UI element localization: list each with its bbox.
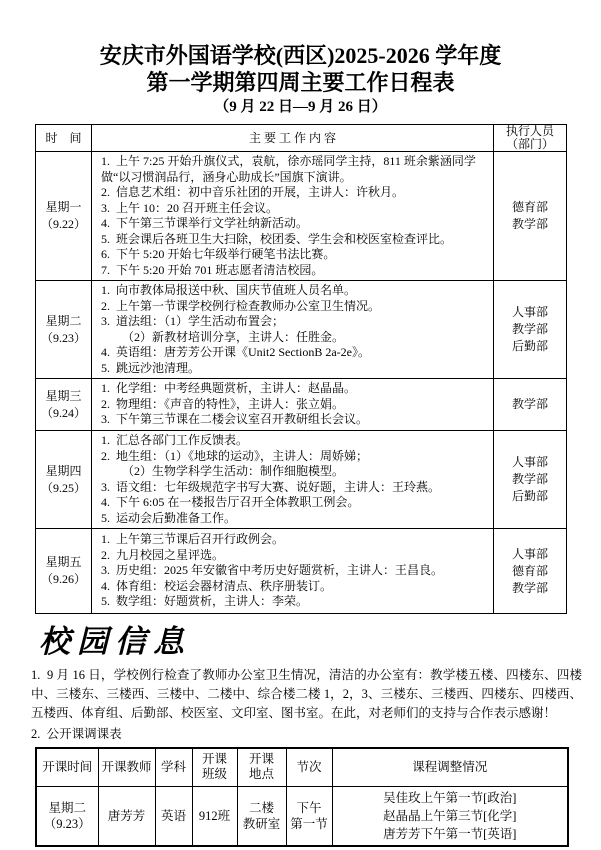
column-header-executor: 执行人员 （部门）: [494, 125, 567, 152]
schedule-row-wednesday: 星期三 （9.24） 1. 化学组：中考经典题赏析，主讲人：赵晶晶。 2. 物理…: [36, 379, 567, 431]
work-item: 4. 体育组：校运会器材清点、秩序册装订。: [101, 579, 488, 595]
work-item: 3. 上午 10：20 召开班主任会议。: [101, 201, 488, 217]
work-item: 1. 向市教体局报送中秋、国庆节值班人员名单。: [101, 283, 488, 299]
content-cell: 1. 向市教体局报送中秋、国庆节值班人员名单。 2. 上午第一节课学校例行检查教…: [92, 281, 494, 379]
location-cell: 二楼 教研室: [237, 786, 286, 846]
day-cell: 星期四 （9.25）: [36, 431, 92, 529]
work-sub-item: （2）生物学科学生活动：制作细胞模型。: [101, 464, 488, 480]
content-cell: 1. 汇总各部门工作反馈表。 2. 地生组：（1）《地球的运动》，主讲人：周娇娣…: [92, 431, 494, 529]
campus-info-heading: 校园信息: [39, 624, 601, 660]
column-header-location: 开课 地点: [237, 748, 286, 786]
column-header-subject: 学科: [155, 748, 192, 786]
date-label: （9.22）: [36, 216, 91, 233]
work-item: 4. 下午第三节课举行文学社纳新活动。: [101, 216, 488, 232]
work-item: 5. 跳远沙池清理。: [101, 361, 488, 377]
document-title: 安庆市外国语学校(西区)2025-2026 学年度 第一学期第四周主要工作日程表…: [0, 0, 601, 118]
schedule-row-monday: 星期一 （9.22） 1. 上午 7:25 开始升旗仪式，袁航，徐亦瑶同学主持，…: [36, 152, 567, 281]
executor-label: 教学部: [494, 471, 566, 488]
executor-cell: 人事部 教学部 后勤部: [494, 431, 567, 529]
work-item: 5. 数学组：好题赏析，主讲人：李荣。: [101, 594, 488, 610]
work-item: 1. 上午 7:25 开始升旗仪式，袁航，徐亦瑶同学主持，811 班余紫涵同学做…: [101, 154, 488, 185]
executor-label: 后勤部: [494, 488, 566, 505]
content-cell: 1. 上午 7:25 开始升旗仪式，袁航，徐亦瑶同学主持，811 班余紫涵同学做…: [92, 152, 494, 281]
column-header-class-time: 开课时间: [36, 748, 98, 786]
executor-label: 人事部: [494, 304, 566, 321]
day-cell: 星期五 （9.26）: [36, 529, 92, 614]
adjustment-table: 开课时间 开课教师 学科 开课 班级 开课 地点 节次 课程调整情况 星期二 （…: [35, 747, 569, 847]
schedule-row-friday: 星期五 （9.26） 1. 上午第三节课后召开行政例会。 2. 九月校园之星评选…: [36, 529, 567, 614]
work-item: 6. 下午 5:20 开始七年级举行硬笔书法比赛。: [101, 247, 488, 263]
day-cell: 星期二 （9.23）: [36, 281, 92, 379]
content-cell: 1. 化学组：中考经典题赏析，主讲人：赵晶晶。 2. 物理组：《声音的特性》，主…: [92, 379, 494, 431]
executor-label: 教学部: [494, 580, 566, 597]
column-header-time: 时 间: [36, 125, 92, 152]
day-cell: 星期一 （9.22）: [36, 152, 92, 281]
adjustment-detail-cell: 吴佳玫上午第一节[政治] 赵晶晶上午第三节[化学] 唐芳芳下午第一节[英语]: [332, 786, 568, 846]
schedule-row-tuesday: 星期二 （9.23） 1. 向市教体局报送中秋、国庆节值班人员名单。 2. 上午…: [36, 281, 567, 379]
work-item: 5. 运动会后勤准备工作。: [101, 511, 488, 527]
work-item: 2. 上午第一节课学校例行检查教师办公室卫生情况。: [101, 299, 488, 315]
work-item: 3. 历史组：2025 年安徽省中考历史好题赏析，主讲人：王昌良。: [101, 563, 488, 579]
work-item: 3. 道法组：（1）学生活动布置会；: [101, 314, 488, 330]
executor-cell: 德育部 教学部: [494, 152, 567, 281]
adjustment-table-label: 2. 公开课调课表: [31, 725, 601, 744]
date-label: （9.25）: [36, 480, 91, 497]
teacher-cell: 唐芳芳: [98, 786, 155, 846]
work-item: 3. 语文组：七年级规范字书写大赛、说好题，主讲人：王玲燕。: [101, 480, 488, 496]
title-line-1: 安庆市外国语学校(西区)2025-2026 学年度: [0, 42, 601, 69]
class-cell: 912班: [192, 786, 237, 846]
schedule-row-thursday: 星期四 （9.25） 1. 汇总各部门工作反馈表。 2. 地生组：（1）《地球的…: [36, 431, 567, 529]
date-label: （9.23）: [36, 330, 91, 347]
executor-cell: 人事部 教学部 后勤部: [494, 281, 567, 379]
executor-label: 人事部: [494, 546, 566, 563]
document-page: 安庆市外国语学校(西区)2025-2026 学年度 第一学期第四周主要工作日程表…: [0, 0, 601, 850]
work-item: 4. 下午 6:05 在一楼报告厅召开全体教职工例会。: [101, 495, 488, 511]
work-sub-item: （2）新教材培训分享，主讲人：任胜金。: [101, 330, 488, 346]
column-header-class: 开课 班级: [192, 748, 237, 786]
work-item: 2. 物理组：《声音的特性》，主讲人：张立娟。: [101, 397, 488, 413]
date-label: （9.24）: [36, 405, 91, 422]
work-item: 7. 下午 5:20 开始 701 班志愿者清洁校园。: [101, 263, 488, 279]
day-cell: 星期三 （9.24）: [36, 379, 92, 431]
executor-label: 德育部: [494, 563, 566, 580]
column-header-adjustment: 课程调整情况: [332, 748, 568, 786]
work-item: 3. 下午第三节课在二楼会议室召开教研组长会议。: [101, 412, 488, 428]
executor-label: 教学部: [494, 216, 566, 233]
work-item: 2. 信息艺术组：初中音乐社团的开展，主讲人：许秋月。: [101, 185, 488, 201]
campus-info-paragraph: 1. 9 月 16 日，学校例行检查了教师办公室卫生情况，清洁的办公室有：教学楼…: [31, 666, 582, 723]
adjustment-row: 星期二 （9.23） 唐芳芳 英语 912班 二楼 教研室 下午 第一节 吴佳玫…: [36, 786, 568, 846]
content-cell: 1. 上午第三节课后召开行政例会。 2. 九月校园之星评选。 3. 历史组：20…: [92, 529, 494, 614]
work-item: 2. 地生组：（1）《地球的运动》，主讲人：周娇娣；: [101, 449, 488, 465]
column-header-teacher: 开课教师: [98, 748, 155, 786]
column-header-content: 主 要 工 作 内 容: [92, 125, 494, 152]
date-label: （9.26）: [36, 571, 91, 588]
executor-cell: 教学部: [494, 379, 567, 431]
adjustment-line: 吴佳玫上午第一节[政治]: [334, 789, 567, 807]
day-label: 星期二: [36, 313, 91, 330]
schedule-header-row: 时 间 主 要 工 作 内 容 执行人员 （部门）: [36, 125, 567, 152]
day-label: 星期三: [36, 388, 91, 405]
executor-cell: 人事部 德育部 教学部: [494, 529, 567, 614]
executor-label: 教学部: [494, 396, 566, 413]
schedule-table: 时 间 主 要 工 作 内 容 执行人员 （部门） 星期一 （9.22） 1. …: [35, 124, 567, 614]
executor-label: 人事部: [494, 454, 566, 471]
executor-label: 德育部: [494, 199, 566, 216]
work-item: 1. 上午第三节课后召开行政例会。: [101, 532, 488, 548]
title-line-2: 第一学期第四周主要工作日程表: [0, 69, 601, 96]
adjustment-line: 唐芳芳下午第一节[英语]: [334, 825, 567, 843]
day-label: 星期五: [36, 554, 91, 571]
executor-label: 后勤部: [494, 338, 566, 355]
adjustment-header-row: 开课时间 开课教师 学科 开课 班级 开课 地点 节次 课程调整情况: [36, 748, 568, 786]
period-cell: 下午 第一节: [286, 786, 332, 846]
executor-label: 教学部: [494, 321, 566, 338]
work-item: 1. 化学组：中考经典题赏析，主讲人：赵晶晶。: [101, 381, 488, 397]
column-header-period: 节次: [286, 748, 332, 786]
adjustment-line: 赵晶晶上午第三节[化学]: [334, 807, 567, 825]
work-item: 4. 英语组：唐芳芳公开课《Unit2 SectionB 2a-2e》。: [101, 345, 488, 361]
title-date-range: （9 月 22 日—9 月 26 日）: [0, 97, 601, 118]
subject-cell: 英语: [155, 786, 192, 846]
work-item: 1. 汇总各部门工作反馈表。: [101, 433, 488, 449]
work-item: 5. 班会课后各班卫生大扫除，校团委、学生会和校医室检查评比。: [101, 232, 488, 248]
work-item: 2. 九月校园之星评选。: [101, 548, 488, 564]
day-label: 星期四: [36, 463, 91, 480]
class-time-cell: 星期二 （9.23）: [36, 786, 98, 846]
day-label: 星期一: [36, 199, 91, 216]
